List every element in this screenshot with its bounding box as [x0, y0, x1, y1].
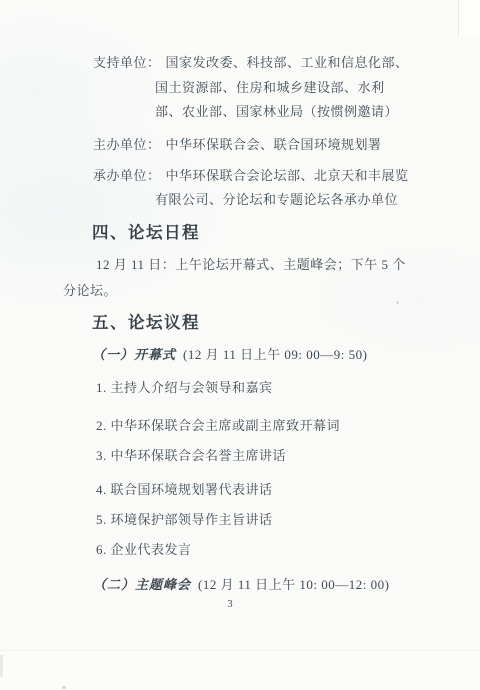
- organizer-host-row: 主办单位：中华环保联合会、联合国环境规划署: [93, 137, 382, 153]
- subheading-label: （二）主题峰会: [93, 577, 191, 592]
- organizer-names-line: 中华环保联合会论坛部、北京天和丰展览: [166, 168, 409, 183]
- organizer-role-label: 支持单位：: [93, 55, 161, 70]
- scan-speck: [396, 301, 399, 304]
- organizer-undertaker-row: 承办单位：中华环保联合会论坛部、北京天和丰展览: [93, 168, 409, 184]
- organizer-names-line: 国土资源部、住房和城乡建设部、水利: [155, 80, 385, 96]
- subheading-time: (12 月 11 日上午 10: 00—12: 00): [198, 577, 389, 592]
- organizer-names-line: 有限公司、分论坛和专题论坛各承办单位: [155, 192, 398, 208]
- paper-edge-line: [458, 0, 459, 36]
- organizer-names-line: 中华环保联合会、联合国环境规划署: [166, 137, 382, 152]
- page-number: 3: [222, 599, 238, 610]
- agenda-item: 1. 主持人介绍与会领导和嘉宾: [96, 380, 273, 396]
- paper-corner-shade: [459, 0, 480, 36]
- scan-bottom-band: [0, 650, 480, 690]
- organizer-role-label: 承办单位：: [93, 168, 161, 183]
- scan-edge-mark: [0, 655, 3, 677]
- organizer-support-row: 支持单位：国家发改委、科技部、工业和信息化部、: [93, 55, 409, 71]
- scan-speck: [62, 686, 66, 689]
- subheading-time: (12 月 11 日上午 09: 00—9: 50): [183, 347, 367, 362]
- agenda-subheading-summit: （二）主题峰会(12 月 11 日上午 10: 00—12: 00): [93, 577, 389, 593]
- section-title-agenda: 五、论坛议程: [92, 314, 200, 333]
- schedule-paragraph-line: 分论坛。: [63, 283, 117, 299]
- subheading-label: （一）开幕式: [92, 347, 176, 362]
- organizer-role-label: 主办单位：: [93, 137, 161, 152]
- section-title-schedule: 四、论坛日程: [92, 224, 200, 243]
- scanned-document-page: 支持单位：国家发改委、科技部、工业和信息化部、 国土资源部、住房和城乡建设部、水…: [0, 0, 480, 690]
- schedule-paragraph-line: 12 月 11 日：上午论坛开幕式、主题峰会；下午 5 个: [96, 257, 406, 273]
- organizer-names-line: 部、农业部、国家林业局（按惯例邀请）: [155, 104, 398, 120]
- agenda-item: 2. 中华环保联合会主席或副主席致开幕词: [96, 418, 340, 434]
- agenda-item: 6. 企业代表发言: [96, 542, 192, 558]
- agenda-subheading-opening: （一）开幕式(12 月 11 日上午 09: 00—9: 50): [92, 347, 367, 363]
- organizer-names-line: 国家发改委、科技部、工业和信息化部、: [166, 55, 409, 70]
- agenda-item: 5. 环境保护部领导作主旨讲话: [96, 512, 273, 528]
- agenda-item: 4. 联合国环境规划署代表讲话: [96, 482, 273, 498]
- agenda-item: 3. 中华环保联合会名誉主席讲话: [96, 448, 286, 464]
